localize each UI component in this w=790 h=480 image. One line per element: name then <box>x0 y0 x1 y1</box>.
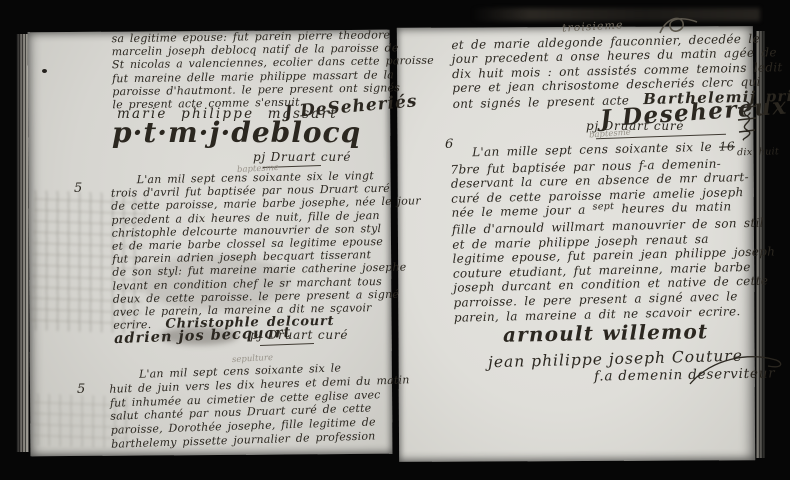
signature-willemot: arnoult willemot <box>503 319 709 347</box>
correction-text: dix huit <box>737 146 779 158</box>
left-baptism-entry: L'an mil sept cens soixante six le vingt… <box>111 168 423 332</box>
margin-entry-number: 5 <box>74 181 82 196</box>
left-burial-entry: L'an mil sept cens soixante six le huit … <box>109 359 412 451</box>
signature-druart-1: pj Druart curé <box>253 150 351 164</box>
ink-spot <box>42 69 47 73</box>
line-text: heures du matin <box>621 200 731 216</box>
struck-text: 16 <box>719 139 735 153</box>
demenin-flourish <box>688 352 786 390</box>
register-scan: sa legitime epouse: fut parein pierre th… <box>0 0 790 480</box>
line-text: née le meme jour a <box>451 203 585 220</box>
signature-deblocq: p·t·m·j·deblocq <box>112 116 361 149</box>
margin-entry-number: 5 <box>77 382 85 397</box>
signature-druart-2: pj Druart curé <box>250 328 348 342</box>
inserted-text: sept <box>593 201 615 212</box>
desehereux-paraph-flourish <box>736 100 758 142</box>
right-baptism-entry: L'an mille sept cens soixante six le 16d… <box>450 138 781 324</box>
